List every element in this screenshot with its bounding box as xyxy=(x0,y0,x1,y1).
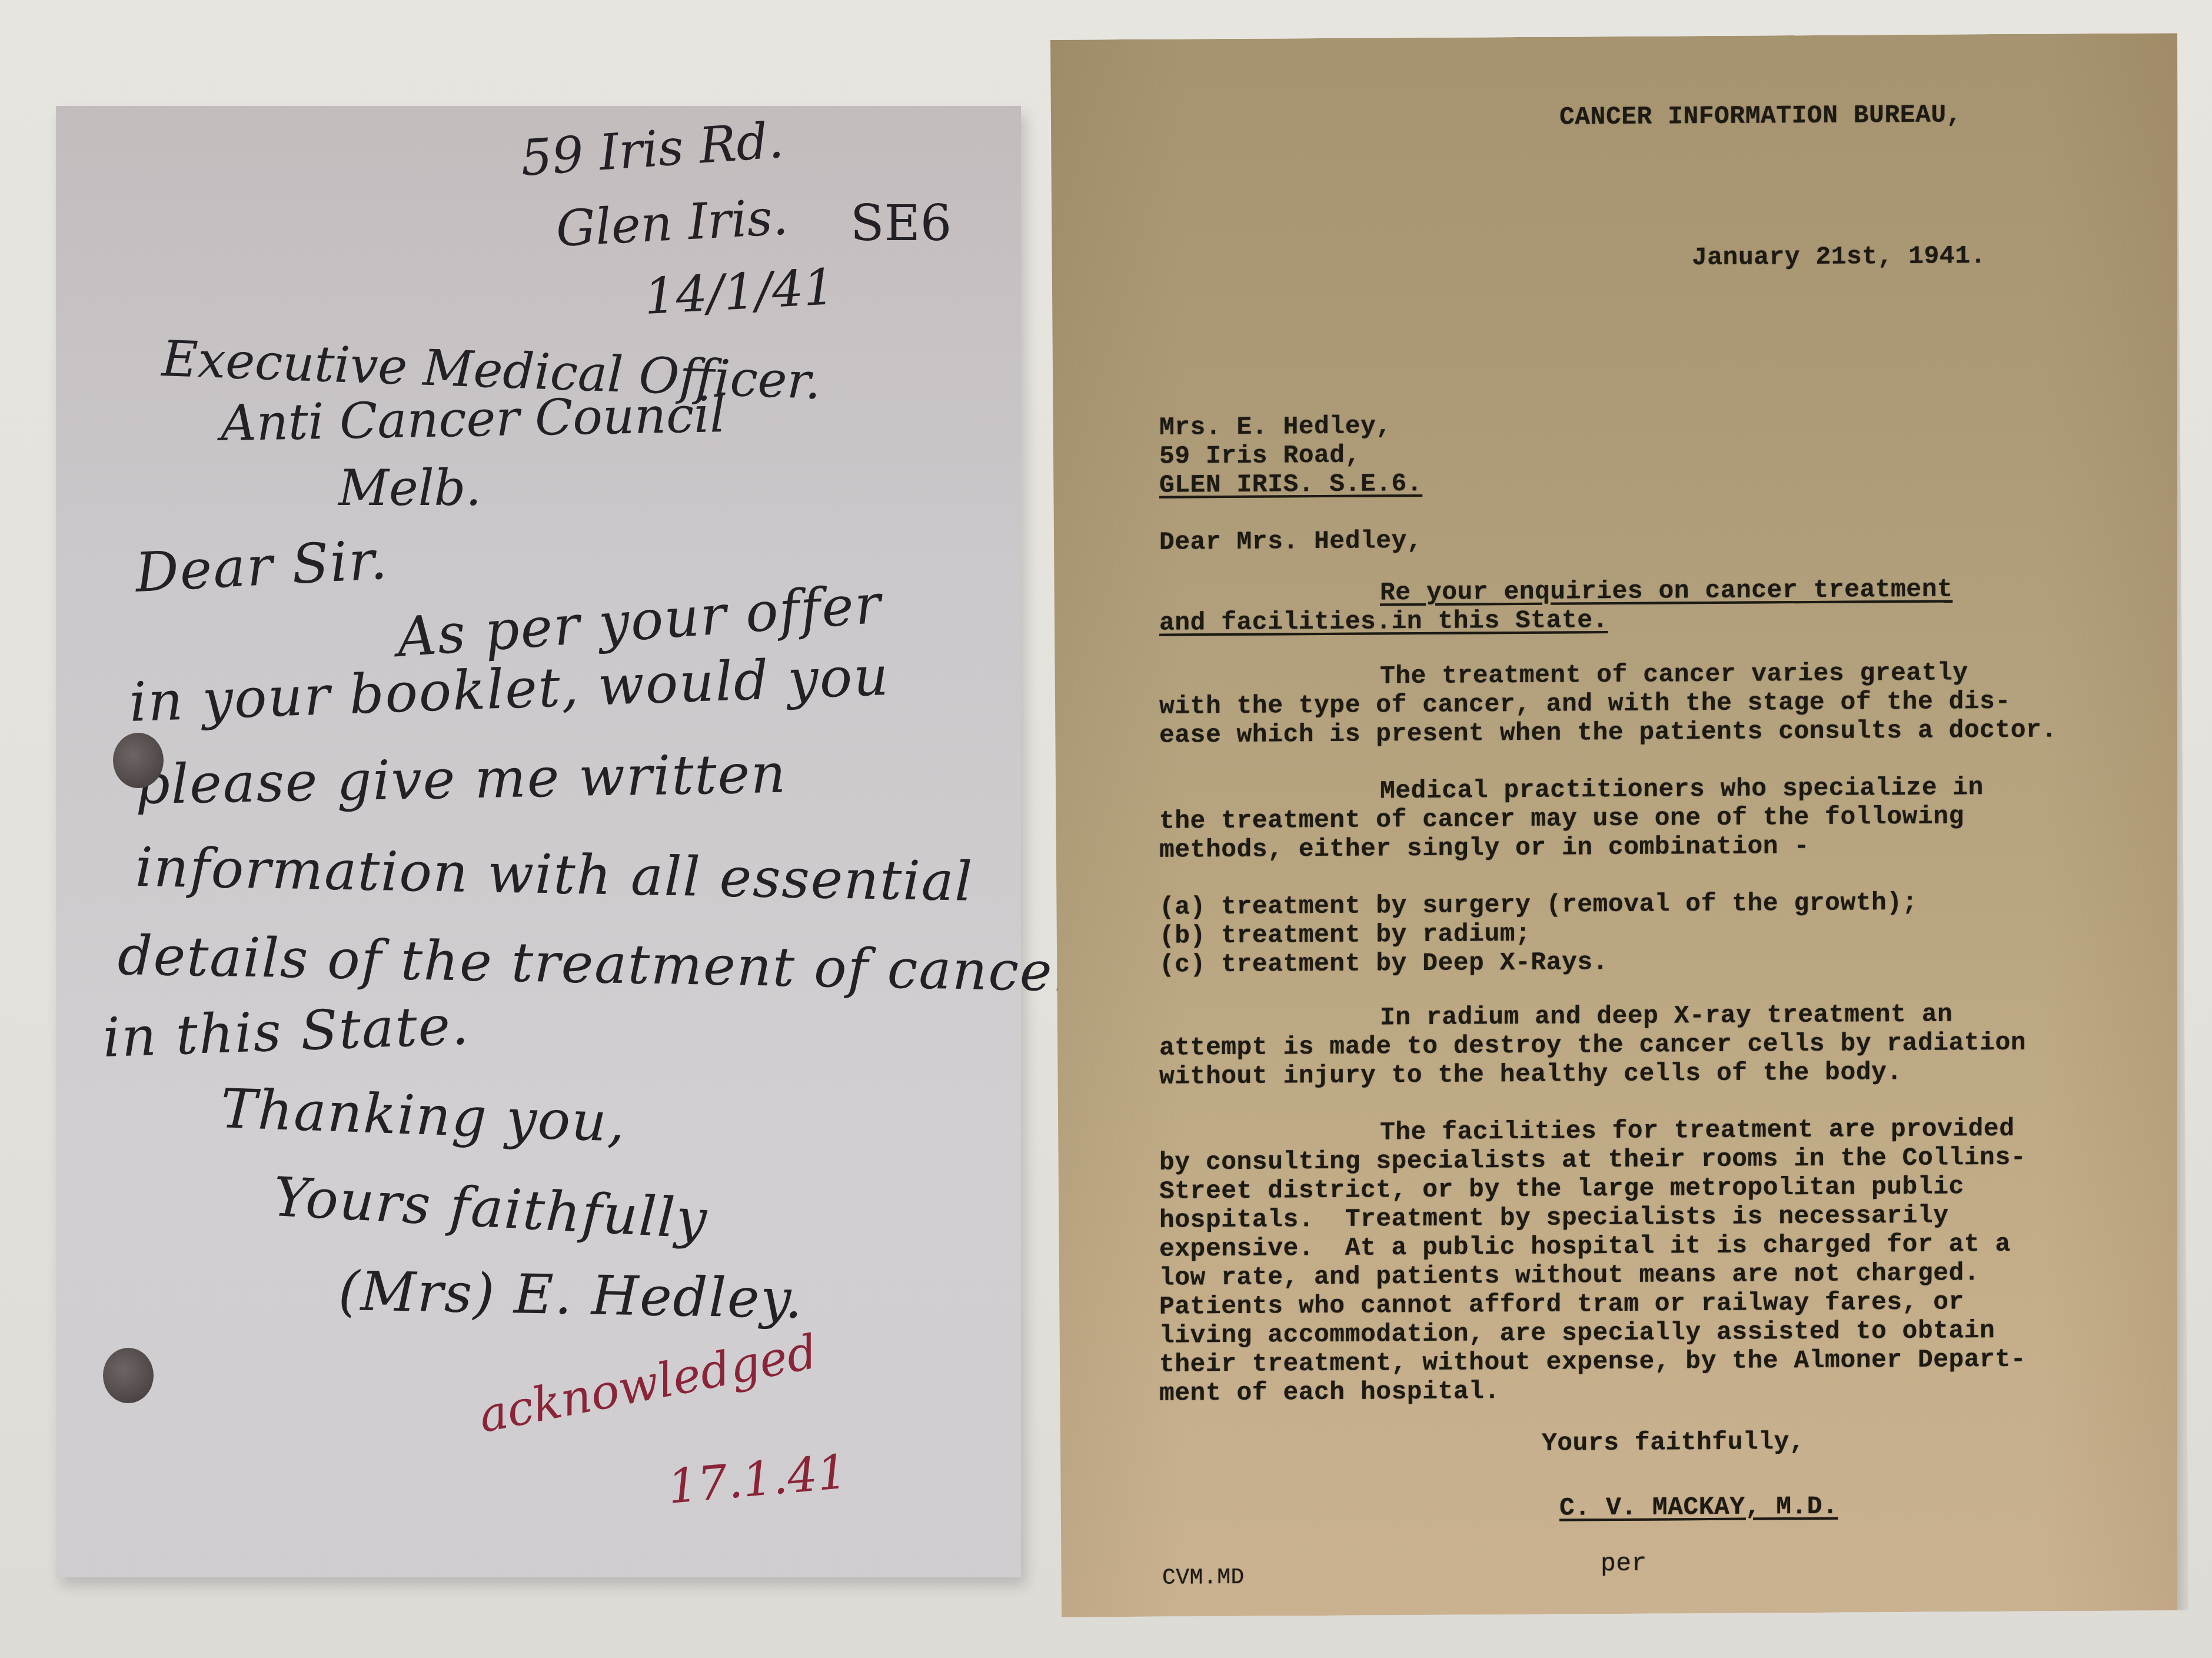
closing-line-1: Thanking you, xyxy=(219,1077,627,1154)
subject-line-1: Re your enquiries on cancer treatment xyxy=(1380,574,1952,607)
typed-date: January 21st, 1941. xyxy=(1692,241,1986,272)
paragraph-4: The facilities for treatment are provide… xyxy=(1050,33,2177,40)
recipient-street: 59 Iris Road, xyxy=(1159,441,1361,471)
method-surgery: (a) treatment by surgery (removal of the… xyxy=(1159,888,1918,922)
paragraph-1: The treatment of cancer varies greatly w… xyxy=(1050,33,2177,40)
paragraph-3-line-2: attempt is made to destroy the cancer ce… xyxy=(1159,1028,2026,1062)
per-note: per xyxy=(1601,1549,1647,1578)
recipient-name: Mrs. E. Hedley, xyxy=(1159,411,1392,441)
recipient-line-3: Melb. xyxy=(338,459,481,517)
paragraph-3-line-3: without injury to the healthy cells of t… xyxy=(1159,1058,1902,1091)
typist-reference: CVM.MD xyxy=(1162,1563,1245,1593)
paragraph-4-line-9: their treatment, without expense, by the… xyxy=(1159,1345,2026,1379)
body-line-6: in this State. xyxy=(102,994,471,1069)
paragraph-4-line-10: ment of each hospital. xyxy=(1159,1377,1500,1408)
paragraph-1-line-2: with the type of cancer, and with the st… xyxy=(1159,687,2011,721)
paragraph-4-line-4: hospitals. Treatment by specialists is n… xyxy=(1159,1201,1949,1235)
paragraph-4-line-6: low rate, and patients without means are… xyxy=(1159,1258,1980,1292)
paragraph-2-line-3: methods, either singly or in combination… xyxy=(1159,832,1809,865)
letter-date: 14/1/41 xyxy=(643,258,836,325)
paragraph-4-line-2: by consulting specialists at their rooms… xyxy=(1159,1143,2026,1177)
recipient-suburb: GLEN IRIS. S.E.6. xyxy=(1159,469,1422,500)
closing-line-2: Yours faithfully xyxy=(272,1165,709,1251)
paragraph-4-line-8: living accommodation, are specially assi… xyxy=(1159,1316,1995,1350)
body-line-5: details of the treatment of cancer xyxy=(117,924,1080,1004)
methods-list: (a) treatment by surgery (removal of the… xyxy=(1050,33,2177,40)
typed-letter: CANCER INFORMATION BUREAU, January 21st,… xyxy=(1050,33,2177,1617)
recipient-line-2: Anti Cancer Council xyxy=(220,386,726,452)
letterhead: CANCER INFORMATION BUREAU, xyxy=(1559,100,1962,131)
punch-hole-bottom xyxy=(103,1348,154,1403)
method-radium: (b) treatment by radium; xyxy=(1159,919,1531,951)
sender-address-line-2: Glen Iris. xyxy=(554,188,789,258)
paragraph-1-line-3: ease which is present when the patients … xyxy=(1159,715,2057,749)
paragraph-1-line-1: The treatment of cancer varies greatly xyxy=(1380,658,1968,690)
typed-salutation: Dear Mrs. Hedley, xyxy=(1159,526,1422,557)
sender-postcode: SE6 xyxy=(850,194,952,252)
body-line-2: in your booklet, would you xyxy=(128,644,890,734)
paragraph-2: Medical practitioners who specialize in … xyxy=(1050,33,2177,40)
punch-hole-top xyxy=(113,733,164,788)
acknowledged-annotation: acknowledged xyxy=(474,1324,821,1444)
typed-closing: Yours faithfully, xyxy=(1542,1427,1805,1458)
acknowledged-date: 17.1.41 xyxy=(666,1444,849,1514)
paragraph-4-line-5: expensive. At a public hospital it is ch… xyxy=(1159,1230,2011,1264)
paragraph-4-line-7: Patients who cannot afford tram or railw… xyxy=(1159,1287,1964,1321)
paragraph-3-line-1: In radium and deep X-ray treatment an xyxy=(1380,999,1952,1032)
paragraph-4-line-1: The facilities for treatment are provide… xyxy=(1380,1114,2014,1147)
sender-address-line-1: 59 Iris Rd. xyxy=(519,111,786,187)
paragraph-2-line-1: Medical practitioners who specialize in xyxy=(1380,773,1984,805)
salutation: Dear Sir. xyxy=(134,529,390,604)
handwritten-letter: 59 Iris Rd. Glen Iris. SE6 14/1/41 Execu… xyxy=(56,106,1021,1577)
signature: (Mrs) E. Hedley. xyxy=(338,1260,804,1331)
signatory-name: C. V. MACKAY, M.D. xyxy=(1559,1492,1838,1523)
method-deep-xrays: (c) treatment by Deep X-Rays. xyxy=(1159,948,1608,979)
subject-line-2: and facilities.in this State. xyxy=(1159,606,1608,637)
body-line-4: information with all essential xyxy=(135,836,974,913)
paragraph-2-line-2: the treatment of cancer may use one of t… xyxy=(1159,802,1964,835)
paragraph-4-line-3: Street district, or by the large metropo… xyxy=(1159,1172,1964,1205)
body-line-3: please give me written xyxy=(135,742,787,816)
paragraph-3: In radium and deep X-ray treatment an at… xyxy=(1050,33,2177,40)
